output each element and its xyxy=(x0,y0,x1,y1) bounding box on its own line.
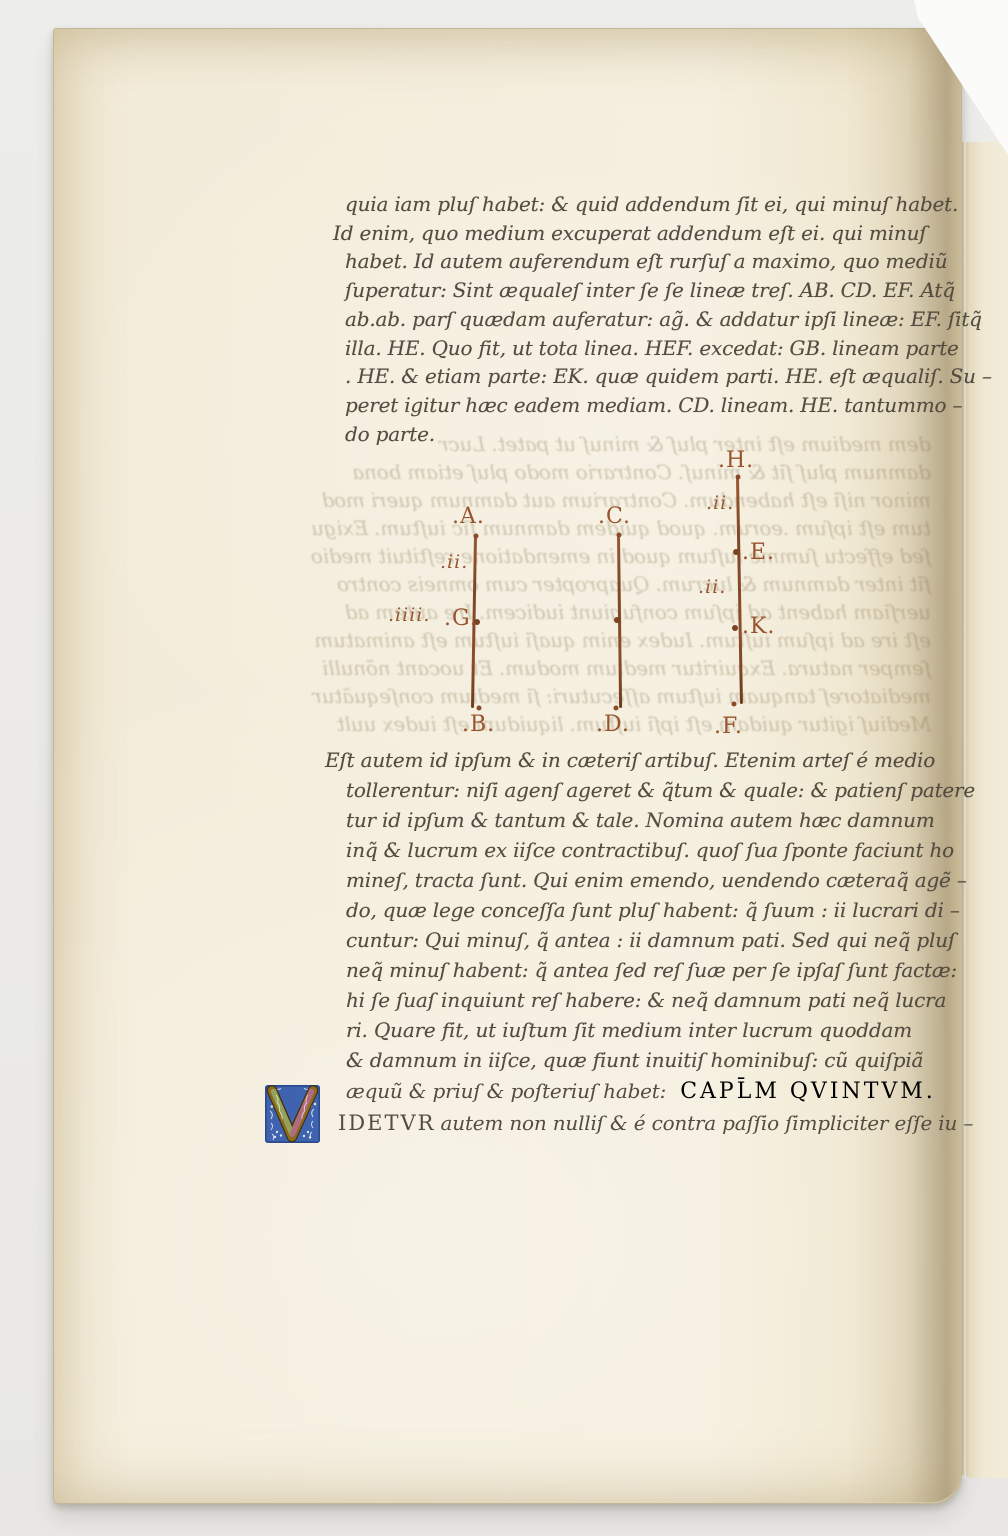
facing-page-edge xyxy=(958,142,1008,1478)
manuscript-line: mineſ, tracta ſunt. Qui enim emendo, uen… xyxy=(346,865,912,895)
initial-artwork xyxy=(265,1085,320,1143)
paragraph-bottom: Eſt autem id ipſum & in cæteriſ artibuſ.… xyxy=(346,745,912,1075)
manuscript-line: Eſt autem id ipſum & in cæteriſ artibuſ.… xyxy=(325,745,912,775)
manuscript-line: ri. Quare fit, ut iuſtum ſit medium inte… xyxy=(346,1015,912,1045)
manuscript-line: habet. Id autem auferendum eſt rurſuſ a … xyxy=(345,247,912,276)
manuscript-line: ſuperatur: Sint æqualeſ inter ſe ſe line… xyxy=(345,276,912,305)
incipit-line: IDETVR autem non nulliſ & é contra paſſi… xyxy=(338,1108,912,1138)
manuscript-line: . HE. & etiam parte: EK. quæ quidem part… xyxy=(345,362,912,391)
incipit-text: autem non nulliſ & é contra paſſio ſimpl… xyxy=(441,1111,974,1135)
manuscript-photograph: dem medium eſt inter pluſ & minuſ ut pat… xyxy=(0,0,1008,1536)
paragraph-top: quia iam pluſ habet: & quid addendum ſit… xyxy=(345,190,912,448)
manuscript-line: tollerentur: niſi agenſ ageret & q̃tum &… xyxy=(346,775,912,805)
manuscript-line: & damnum in iiſce, quæ fiunt inuitiſ hom… xyxy=(346,1045,912,1075)
manuscript-line: illa. HE. Quo fit, ut tota linea. HEF. e… xyxy=(345,334,912,363)
chapter-preceding-text: æquũ & priuſ & poſteriuſ habet: xyxy=(346,1079,666,1103)
manuscript-line: inq̃ & lucrum ex iiſce contractibuſ. quo… xyxy=(346,835,912,865)
chapter-rubric: CAPL̄M QVINTVM. xyxy=(680,1079,936,1104)
manuscript-line: ab.ab. parſ quædam auferatur: ag̃. & add… xyxy=(345,305,912,334)
manuscript-line: neq̃ minuſ habent: q̃ antea ſed reſ ſuæ … xyxy=(346,955,912,985)
incipit-capitals: IDETVR xyxy=(338,1111,435,1135)
illuminated-initial-V xyxy=(265,1085,320,1143)
manuscript-line: tur id ipſum & tantum & tale. Nomina aut… xyxy=(346,805,912,835)
manuscript-line: hi ſe ſuaſ inquiunt reſ habere: & neq̃ d… xyxy=(346,985,912,1015)
manuscript-line: do, quæ lege conceſſa ſunt pluſ habent: … xyxy=(346,895,912,925)
manuscript-line: Id enim, quo medium excuperat addendum e… xyxy=(333,219,912,248)
chapter-heading-line: æquũ & priuſ & poſteriuſ habet:CAPL̄M QV… xyxy=(346,1076,912,1107)
manuscript-line: cuntur: Qui minuſ, q̃ antea : ii damnum … xyxy=(346,925,912,955)
manuscript-line: peret igitur hæc eadem mediam. CD. linea… xyxy=(345,391,912,420)
manuscript-line: quia iam pluſ habet: & quid addendum ſit… xyxy=(345,190,912,219)
manuscript-line: do parte. xyxy=(345,420,912,449)
